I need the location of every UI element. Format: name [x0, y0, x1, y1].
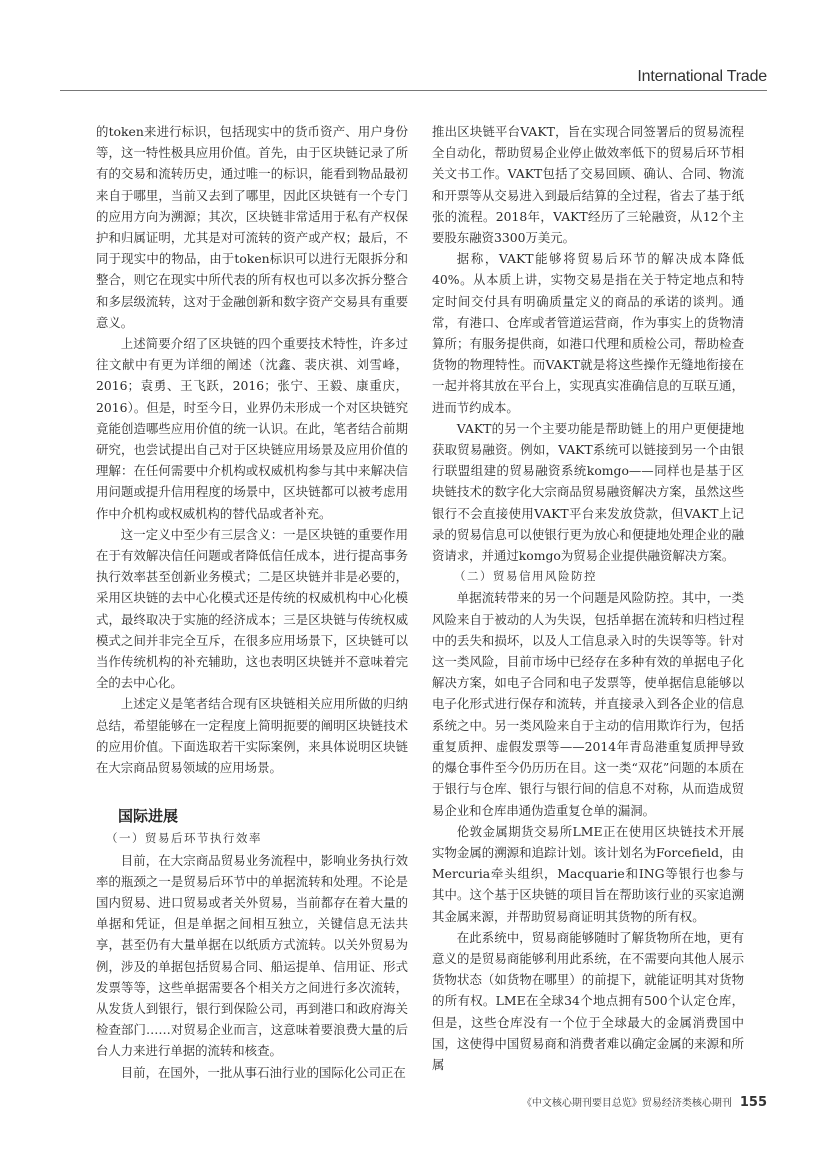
- header-divider: [60, 90, 767, 91]
- paragraph: 这一定义中至少有三层含义：一是区块链的重要作用在于有效解决信任问题或者降低信任成…: [96, 524, 408, 694]
- paragraph: 据称，VAKT能够将贸易后环节的解决成本降低40%。从本质上讲，实物交易是指在关…: [432, 248, 744, 418]
- paragraph: 单据流转带来的另一个问题是风险防控。其中，一类风险来自于被动的人为失误，包括单据…: [432, 587, 744, 820]
- subheading: （二）贸易信用风险防控: [454, 566, 744, 587]
- page-number: 155: [740, 1095, 767, 1110]
- paragraph: 上述定义是笔者结合现有区块链相关应用所做的归纳总结，希望能够在一定程度上简明扼要…: [96, 693, 408, 778]
- subheading: （一）贸易后环节执行效率: [106, 828, 408, 849]
- page-footer: 《中文核心期刊要目总览》贸易经济类核心期刊155: [522, 1094, 767, 1110]
- paragraph: 的token来进行标识，包括现实中的货币资产、用户身份等，这一特性极具应用价值。…: [96, 121, 408, 333]
- section-heading: 国际进展: [118, 806, 408, 826]
- journal-citation: 《中文核心期刊要目总览》贸易经济类核心期刊: [522, 1098, 732, 1109]
- running-header-title: International Trade: [637, 68, 767, 86]
- paragraph: VAKT的另一个主要功能是帮助链上的用户更便捷地获取贸易融资。例如，VAKT系统…: [432, 418, 744, 566]
- left-column: 的token来进行标识，包括现实中的货币资产、用户身份等，这一特性极具应用价值。…: [96, 121, 408, 1083]
- paragraph: 目前，在大宗商品贸易业务流程中，影响业务执行效率的瓶颈之一是贸易后环节中的单据流…: [96, 850, 408, 1062]
- paragraph: 伦敦金属期货交易所LME正在使用区块链技术开展实物金属的溯源和追踪计划。该计划名…: [432, 821, 744, 927]
- paragraph: 上述简要介绍了区块链的四个重要技术特性，许多过往文献中有更为详细的阐述（沈鑫、裴…: [96, 333, 408, 524]
- paragraph: 目前，在国外，一批从事石油行业的国际化公司正在: [96, 1062, 408, 1083]
- paragraph: 推出区块链平台VAKT，旨在实现合同签署后的贸易流程全自动化，帮助贸易企业停止做…: [432, 121, 744, 248]
- right-column: 推出区块链平台VAKT，旨在实现合同签署后的贸易流程全自动化，帮助贸易企业停止做…: [432, 121, 744, 1075]
- paragraph: 在此系统中，贸易商能够随时了解货物所在地，更有意义的是贸易商能够利用此系统，在不…: [432, 927, 744, 1075]
